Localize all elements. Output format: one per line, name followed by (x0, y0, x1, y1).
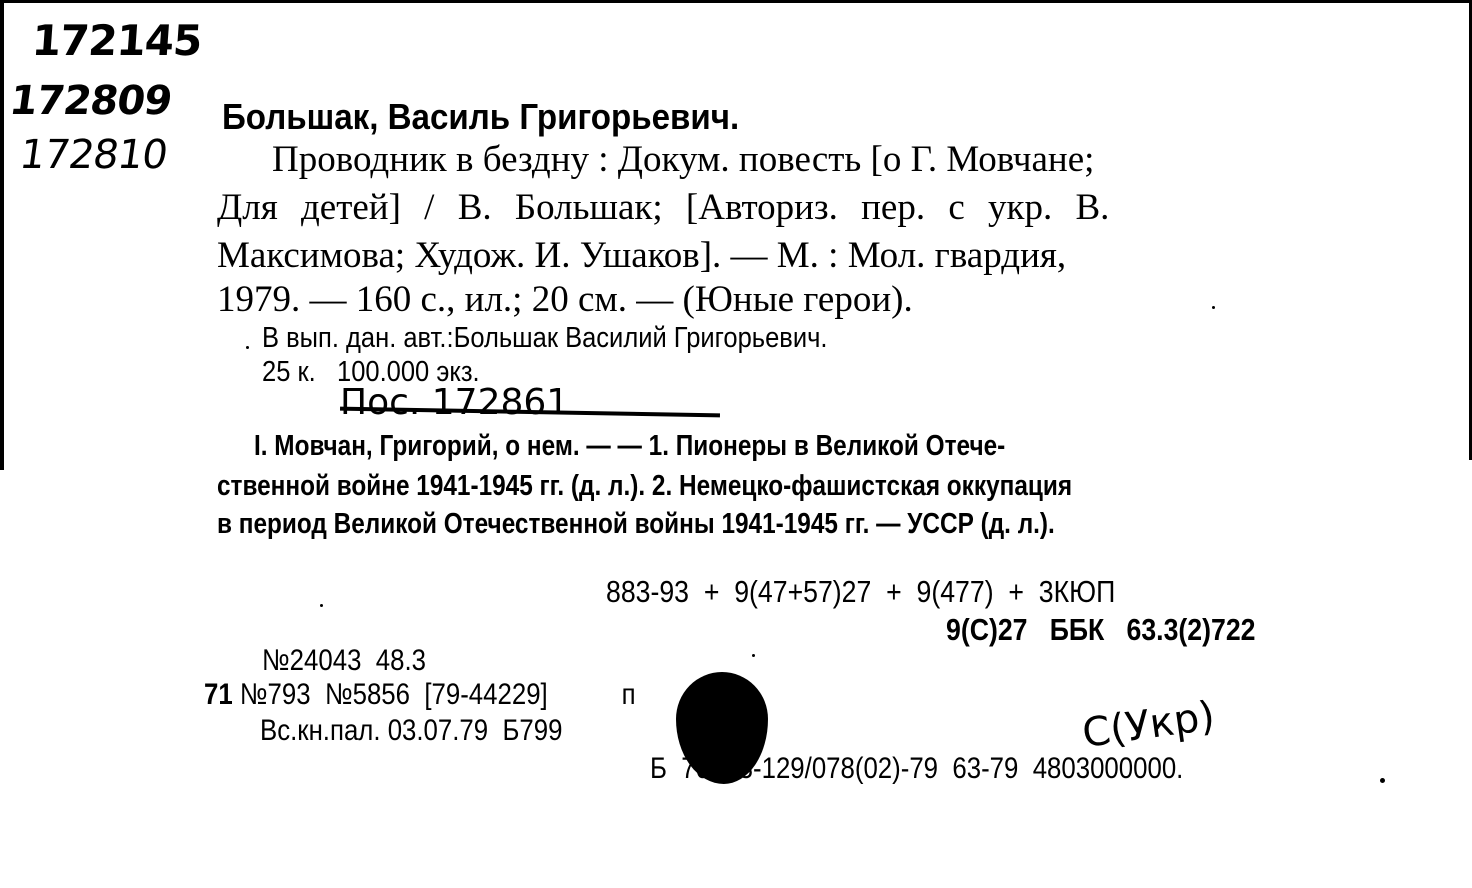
handwritten-number-2: 172809 (7, 78, 174, 124)
bib-line-2-num: 71 (204, 678, 233, 711)
subject-line-1: I. Мовчан, Григорий, о нем. — — 1. Пионе… (254, 430, 1005, 463)
description-line-2: Для детей] / В. Большак; [Авториз. пер. … (217, 186, 1109, 229)
bib-line-2-rest: №793 №5856 [79-44229] (240, 678, 548, 711)
subject-line-3: в период Великой Отечественной войны 194… (217, 508, 1055, 541)
description-line-3: Максимова; Худож. И. Ушаков]. — М. : Мол… (217, 234, 1066, 277)
author-heading: Большак, Василь Григорьевич. (222, 96, 739, 138)
speck (752, 654, 755, 657)
bbk-index: 9(С)27 ББК 63.3(2)722 (946, 612, 1255, 648)
subject-line-2: ственной войне 1941-1945 гг. (д. л.). 2.… (217, 470, 1072, 503)
handwritten-number-3: 172810 (17, 132, 170, 178)
description-line-4: 1979. — 160 с., ил.; 20 см. — (Юные геро… (217, 278, 913, 321)
speck (246, 346, 249, 349)
speck (1212, 306, 1215, 309)
bib-line-2: 71 №793 №5856 [79-44229]п (204, 678, 636, 712)
bib-line-2-tail: п (622, 678, 636, 711)
description-line-1: Проводник в бездну : Докум. повесть [о Г… (272, 138, 1094, 181)
speck (1380, 778, 1385, 783)
speck (320, 604, 323, 607)
struck-handwritten-note: Пос. 172861 (340, 382, 569, 423)
author-note: В вып. дан. авт.:Большак Василий Григорь… (262, 322, 827, 355)
bib-line-3: Вс.кн.пал. 03.07.79 Б799 (260, 714, 562, 748)
handwritten-shelf-note: С(Укр) (1079, 693, 1217, 757)
catalog-card: 172145 172809 172810 Большак, Василь Гри… (0, 0, 1472, 888)
card-left-edge (0, 0, 4, 470)
bib-line-1: №24043 48.3 (262, 644, 426, 678)
handwritten-number-1: 172145 (30, 16, 203, 65)
card-top-edge (0, 0, 1472, 3)
classification-index: 883-93 + 9(47+57)27 + 9(477) + 3КЮП (606, 574, 1115, 610)
